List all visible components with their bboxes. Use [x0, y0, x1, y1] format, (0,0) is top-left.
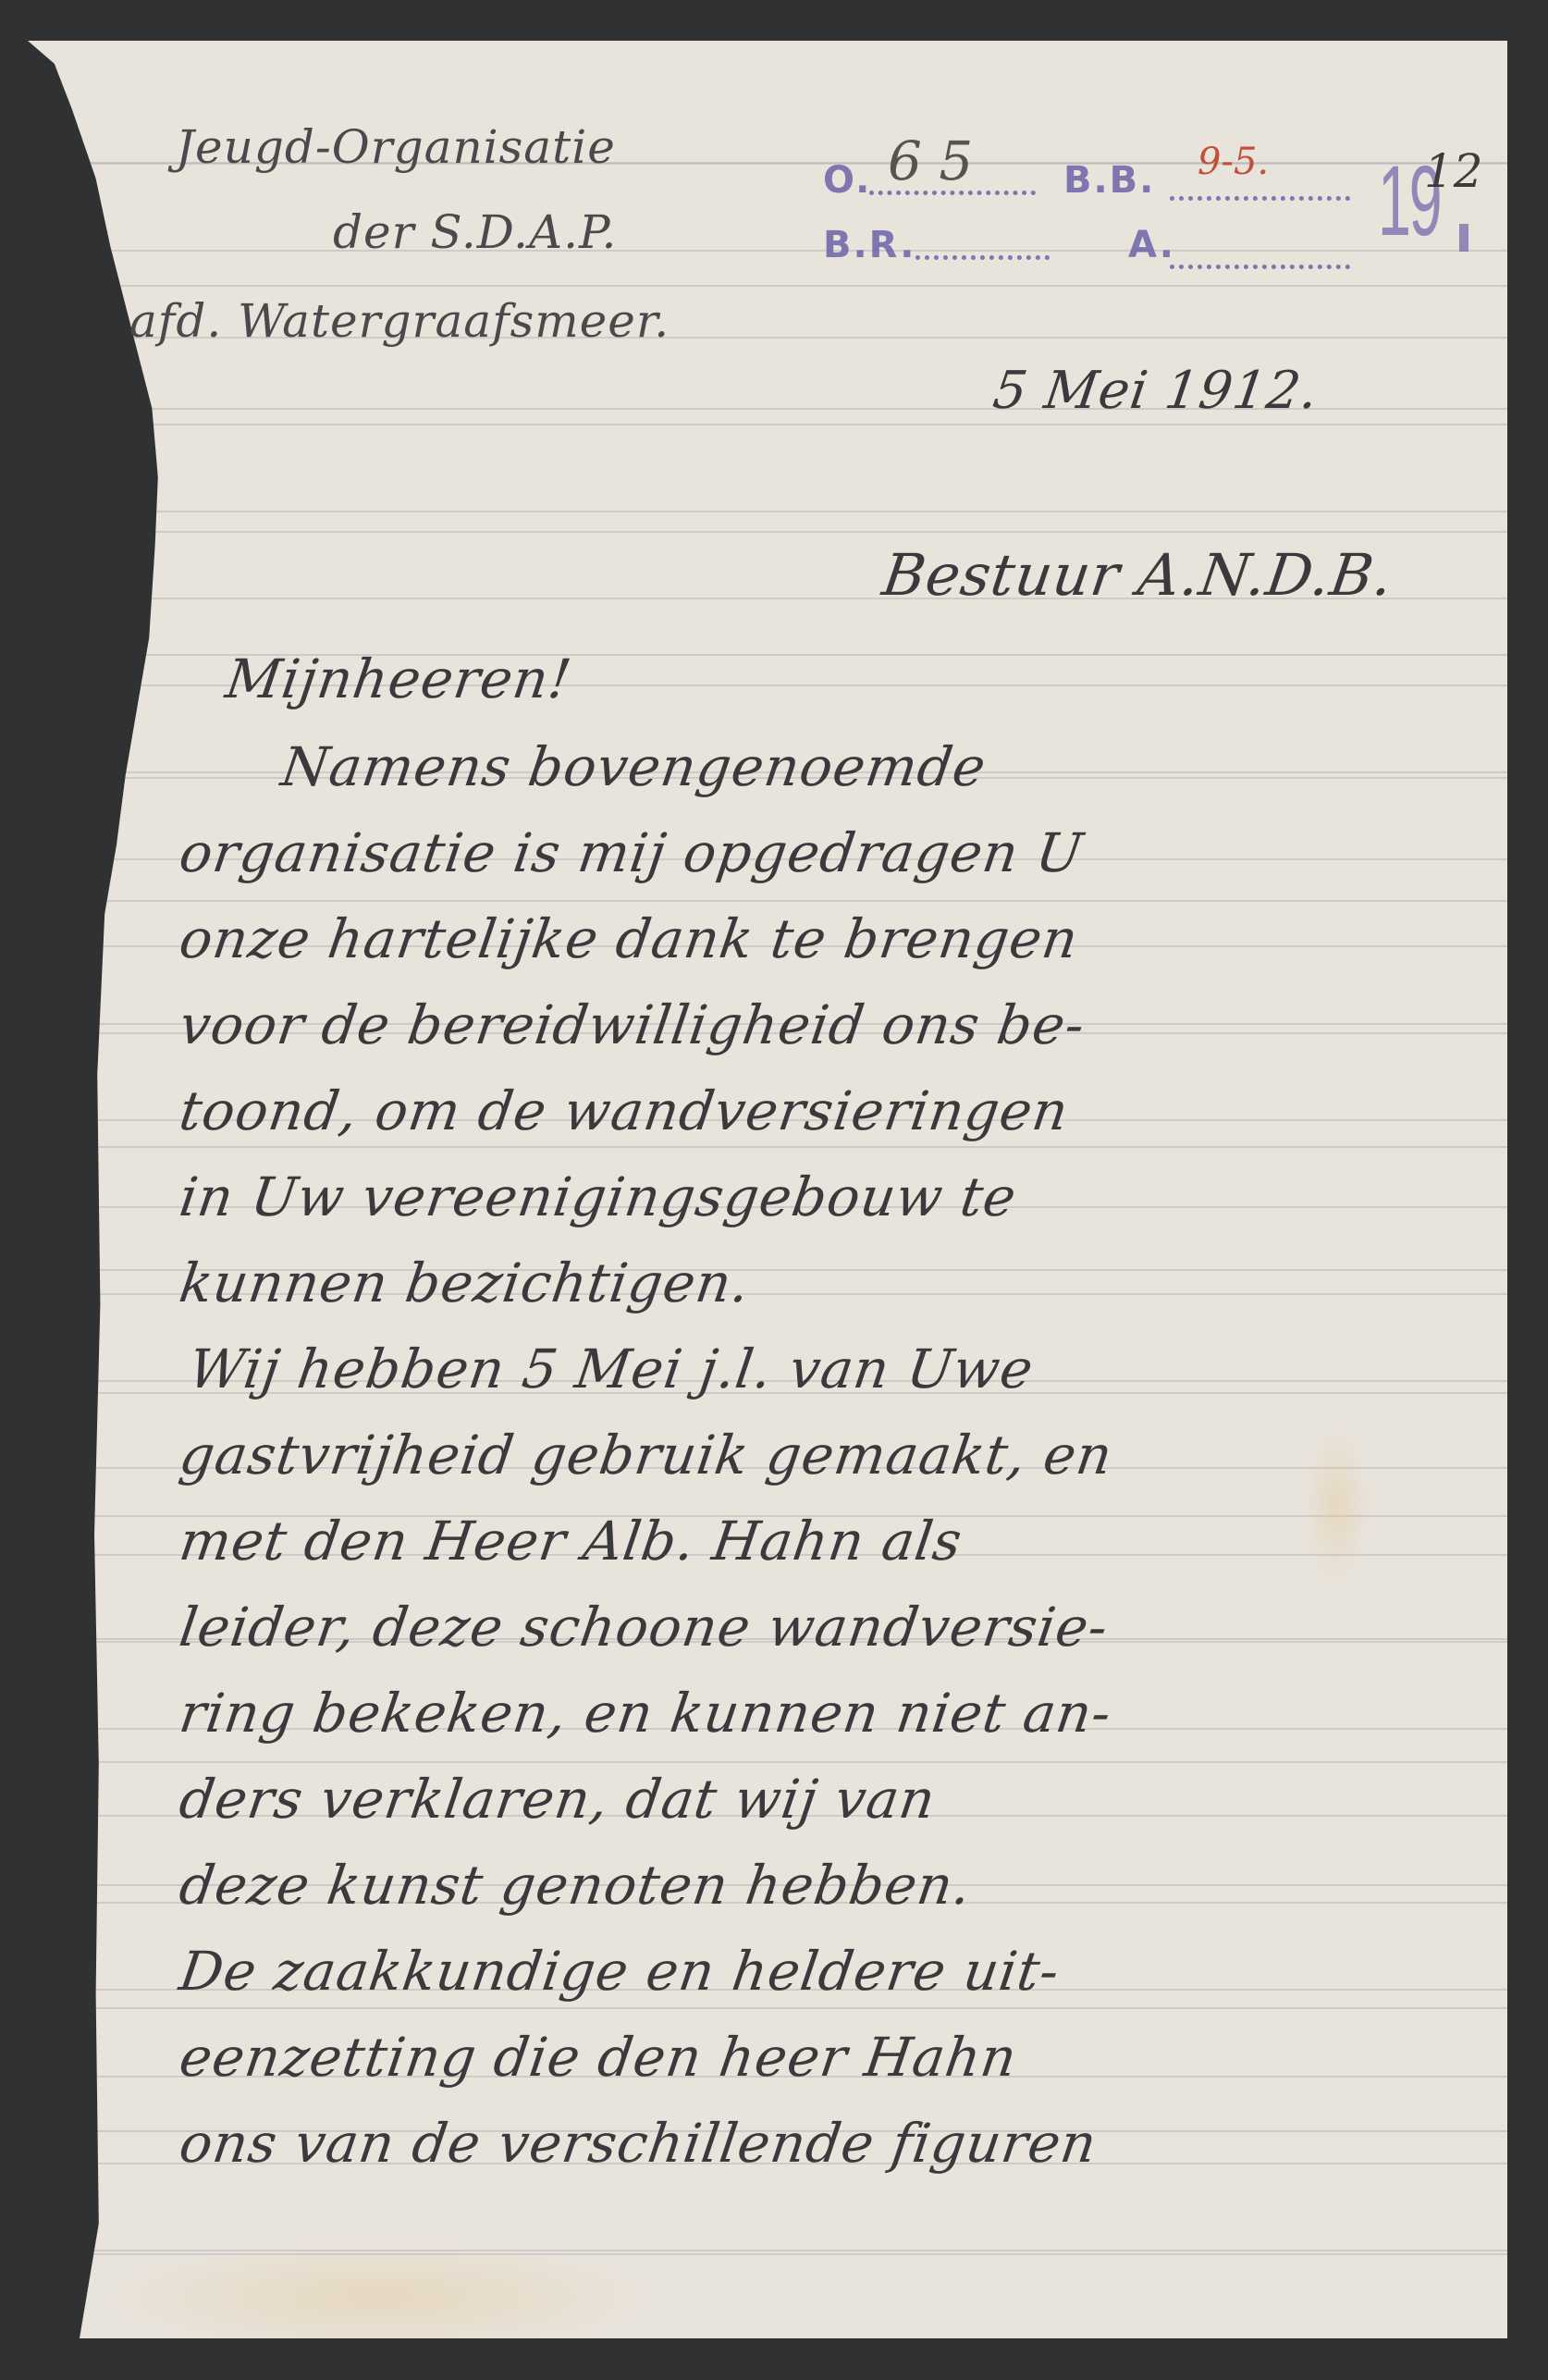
body-line: leider, deze schoone wandversie- — [176, 1596, 1112, 1659]
stamp-field-br-line — [915, 252, 1050, 260]
stamp-field-bb-line — [1170, 192, 1350, 201]
letter-addressee: Bestuur A.N.D.B. — [878, 541, 1397, 609]
body-line: gastvrijheid gebruik gemaakt, en — [176, 1424, 1117, 1486]
registry-stamp: O. 6 5 B.B. 9-5. B.R. A. 19 12 — [823, 148, 1489, 287]
body-line: Wij hebben 5 Mei j.l. van Uwe — [185, 1338, 1038, 1400]
body-line: deze kunst genoten hebben. — [176, 1854, 976, 1917]
body-line: kunnen bezichtigen. — [176, 1252, 754, 1314]
stamp-label-br: B.R. — [823, 224, 915, 266]
paper-stain — [1304, 1428, 1369, 1585]
letterhead-line-2: der S.D.A.P. — [333, 205, 617, 259]
stamp-year-comma — [1459, 224, 1468, 252]
stamp-value-o: 6 5 — [888, 129, 973, 192]
body-line: ons van de verschillende figuren — [176, 2112, 1101, 2175]
rule-line — [28, 511, 1507, 512]
letterhead-line-1: Jeugd-Organisatie — [176, 120, 616, 174]
letterhead-line-3: afd. Watergraafsmeer. — [129, 294, 670, 348]
body-line: De zaakkundige en heldere uit- — [176, 1940, 1063, 2003]
stamp-year-written: 12 — [1424, 144, 1483, 198]
stamp-value-bb: 9-5. — [1198, 141, 1269, 183]
stamp-field-a-line — [1170, 261, 1350, 269]
stamp-label-a: A. — [1128, 224, 1175, 266]
body-line: in Uw vereenigingsgebouw te — [176, 1165, 1021, 1228]
body-line: onze hartelijke dank te brengen — [176, 907, 1082, 970]
body-line: met den Heer Alb. Hahn als — [176, 1510, 966, 1572]
letter-salutation: Mijnheeren! — [222, 647, 576, 710]
body-line: organisatie is mij opgedragen U — [176, 821, 1087, 884]
body-line: voor de bereidwilligheid ons be- — [176, 993, 1089, 1056]
rule-line — [28, 424, 1507, 425]
stamp-label-o: O. — [823, 159, 871, 202]
stamp-label-bb: B.B. — [1063, 159, 1155, 202]
body-line: eenzetting die den heer Hahn — [176, 2026, 1021, 2089]
body-line: ring bekeken, en kunnen niet an- — [176, 1682, 1115, 1745]
letter-date: 5 Mei 1912. — [989, 361, 1322, 421]
paper-stain — [102, 2242, 657, 2353]
body-line: toond, om de wandversieringen — [176, 1079, 1073, 1142]
body-line: Namens bovengenoemde — [277, 735, 990, 798]
body-line: ders verklaren, dat wij van — [176, 1768, 940, 1831]
